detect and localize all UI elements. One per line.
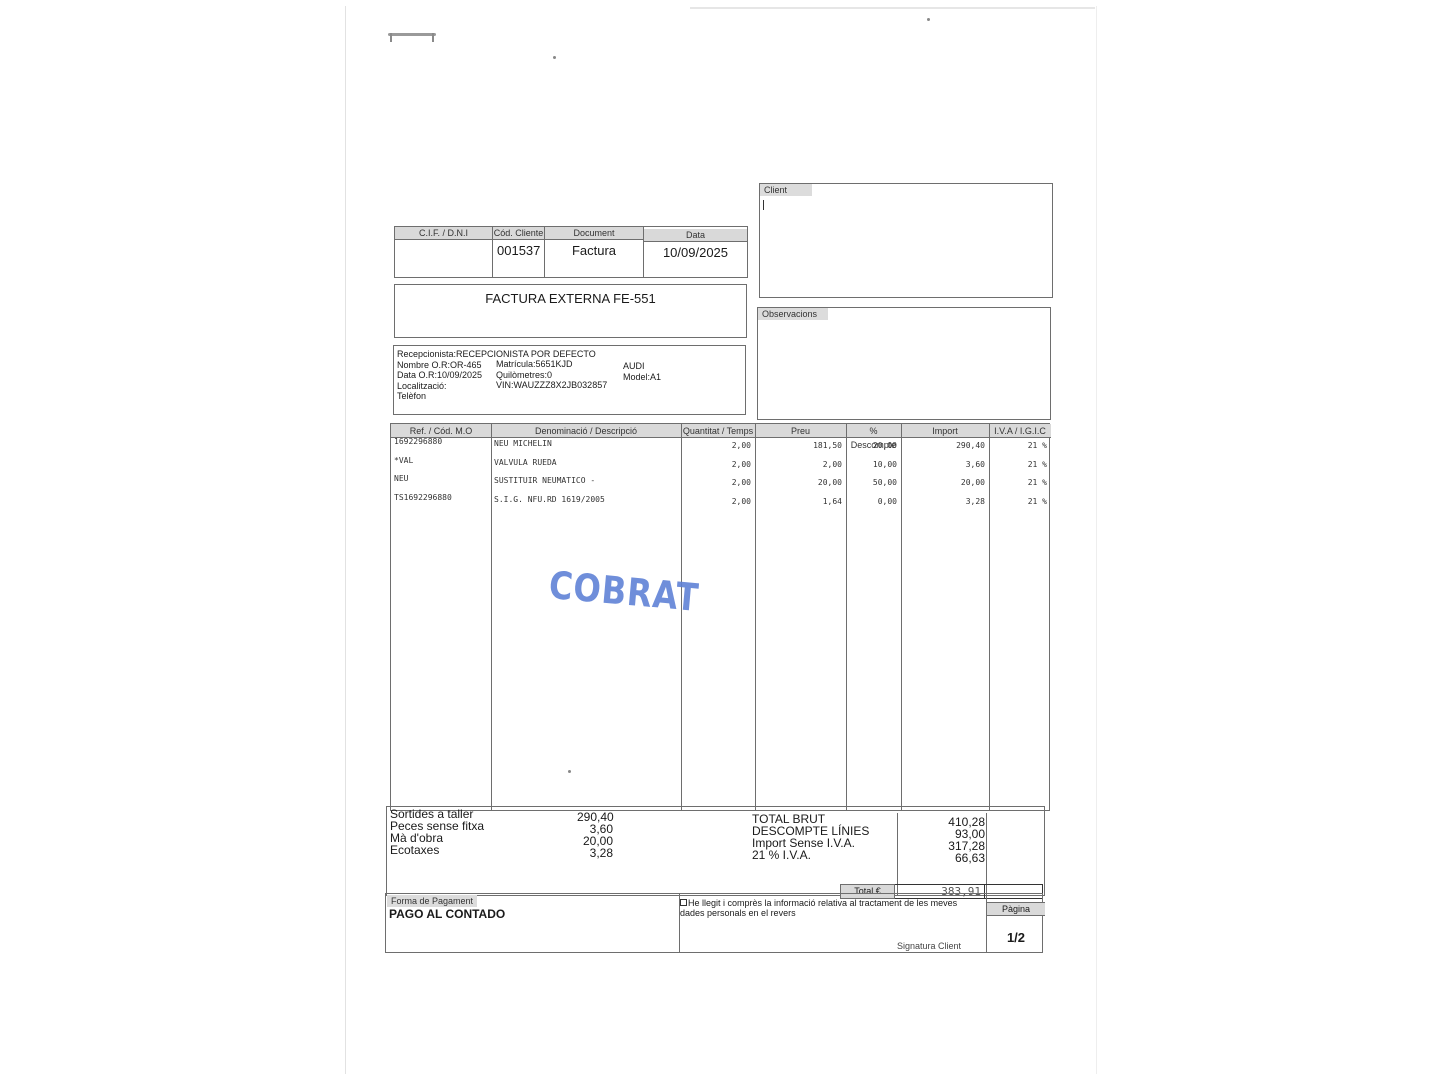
phone: Telèfon <box>397 391 697 402</box>
document-label: Document <box>545 227 643 240</box>
cell-amount: 3,60 <box>901 460 985 469</box>
model: Model:A1 <box>623 372 661 383</box>
column-divider <box>491 424 492 810</box>
date-column: Data 10/09/2025 <box>644 227 747 277</box>
cell-vat: 21 % <box>989 441 1047 450</box>
payment-value: PAGO AL CONTADO <box>389 907 505 921</box>
cif-label: C.I.F. / D.N.I <box>395 227 492 240</box>
client-code-value: 001537 <box>493 240 544 258</box>
divider <box>897 813 898 895</box>
cell-desc: VALVULA RUEDA <box>494 458 557 467</box>
cell-price: 1,64 <box>755 497 842 506</box>
receptionist: Recepcionista:RECEPCIONISTA POR DEFECTO <box>397 349 697 360</box>
client-label: Client <box>760 184 812 196</box>
page-label: Pàgina <box>987 902 1045 916</box>
client-box: Client <box>759 183 1053 298</box>
cell-qty: 2,00 <box>681 441 751 450</box>
cell-qty: 2,00 <box>681 497 751 506</box>
cell-desc: S.I.G. NFU.RD 1619/2005 <box>494 495 605 504</box>
divider <box>986 813 987 895</box>
column-header: Ref. / Cód. M.O <box>391 424 491 438</box>
invoice-title: FACTURA EXTERNA FE-551 <box>485 291 656 306</box>
cell-vat: 21 % <box>989 497 1047 506</box>
payment-label: Forma de Pagament <box>387 895 477 907</box>
column-header: I.V.A / I.G.I.C <box>989 424 1051 438</box>
cell-discount: 20,00 <box>846 441 897 450</box>
summary-value: 66,63 <box>897 852 985 864</box>
summary-label: Ecotaxes <box>390 844 484 856</box>
cell-ref: 1692296880 <box>394 437 442 446</box>
page-number: 1/2 <box>987 930 1045 945</box>
cell-qty: 2,00 <box>681 478 751 487</box>
staple-icon <box>388 33 436 42</box>
client-code-label: Cód. Cliente <box>493 227 544 240</box>
client-value-mark <box>763 200 764 210</box>
kilometers: Quilòmetres:0 <box>496 370 607 381</box>
cell-discount: 0,00 <box>846 497 897 506</box>
signature-label: Signatura Client <box>897 941 961 951</box>
payment-method-cell: Forma de Pagament PAGO AL CONTADO <box>386 894 680 952</box>
column-header: Quantitat / Temps <box>681 424 755 438</box>
page-edge <box>690 7 1095 9</box>
cif-column: C.I.F. / D.N.I <box>395 227 493 277</box>
checkbox-icon[interactable] <box>680 899 687 906</box>
observations-label: Observacions <box>758 308 828 320</box>
cif-value <box>395 240 492 243</box>
document-value: Factura <box>545 240 643 258</box>
cell-vat: 21 % <box>989 478 1047 487</box>
summary-labels: Sortides a tallerPeces sense fitxaMà d'o… <box>390 808 484 856</box>
totals-labels: TOTAL BRUTDESCOMPTE LÍNIESImport Sense I… <box>752 813 869 861</box>
date-label: Data <box>644 229 747 242</box>
cell-discount: 50,00 <box>846 478 897 487</box>
document-column: Document Factura <box>545 227 644 277</box>
cell-discount: 10,00 <box>846 460 897 469</box>
cell-amount: 20,00 <box>901 478 985 487</box>
column-header: Denominació / Descripció <box>491 424 681 438</box>
header-info-table: C.I.F. / D.N.I Cód. Cliente 001537 Docum… <box>394 226 748 278</box>
cell-price: 2,00 <box>755 460 842 469</box>
plate: Matrícula:5651KJD <box>496 359 607 370</box>
cell-price: 20,00 <box>755 478 842 487</box>
cell-amount: 290,40 <box>901 441 985 450</box>
cell-ref: *VAL <box>394 456 413 465</box>
brand: AUDI <box>623 361 661 372</box>
column-header: % Descompte <box>846 424 901 438</box>
consent-text: He llegit i comprès la informació relati… <box>680 898 957 918</box>
cell-desc: SUSTITUIR NEUMATICO - <box>494 476 595 485</box>
invoice-lines-table: Ref. / Cód. M.ODenominació / DescripcióQ… <box>390 423 1050 811</box>
scan-speck <box>927 18 930 21</box>
invoice-title-box: FACTURA EXTERNA FE-551 <box>394 284 747 338</box>
page-cell: Pàgina 1/2 <box>986 894 1045 952</box>
cell-amount: 3,28 <box>901 497 985 506</box>
cell-qty: 2,00 <box>681 460 751 469</box>
privacy-consent: He llegit i comprès la informació relati… <box>680 898 980 918</box>
observations-box: Observacions <box>757 307 1051 420</box>
date-value: 10/09/2025 <box>644 242 747 260</box>
cell-ref: TS1692296880 <box>394 493 452 502</box>
cell-vat: 21 % <box>989 460 1047 469</box>
column-header: Import <box>901 424 989 438</box>
cell-ref: NEU <box>394 474 408 483</box>
scan-speck <box>553 56 556 59</box>
cell-price: 181,50 <box>755 441 842 450</box>
vin: VIN:WAUZZZ8X2JB032857 <box>496 380 607 391</box>
summary-label: 21 % I.V.A. <box>752 849 869 861</box>
totals-box: Sortides a tallerPeces sense fitxaMà d'o… <box>386 806 1045 896</box>
summary-values: 290,403,6020,003,28 <box>577 811 613 859</box>
summary-value: 3,28 <box>577 847 613 859</box>
client-code-column: Cód. Cliente 001537 <box>493 227 545 277</box>
totals-values: 410,2893,00317,2866,63 <box>897 816 985 864</box>
cell-desc: NEU MICHELIN <box>494 439 552 448</box>
work-order-box: Recepcionista:RECEPCIONISTA POR DEFECTO … <box>393 345 746 415</box>
footer-box: Forma de Pagament PAGO AL CONTADO He lle… <box>385 893 1043 953</box>
column-header: Preu <box>755 424 846 438</box>
